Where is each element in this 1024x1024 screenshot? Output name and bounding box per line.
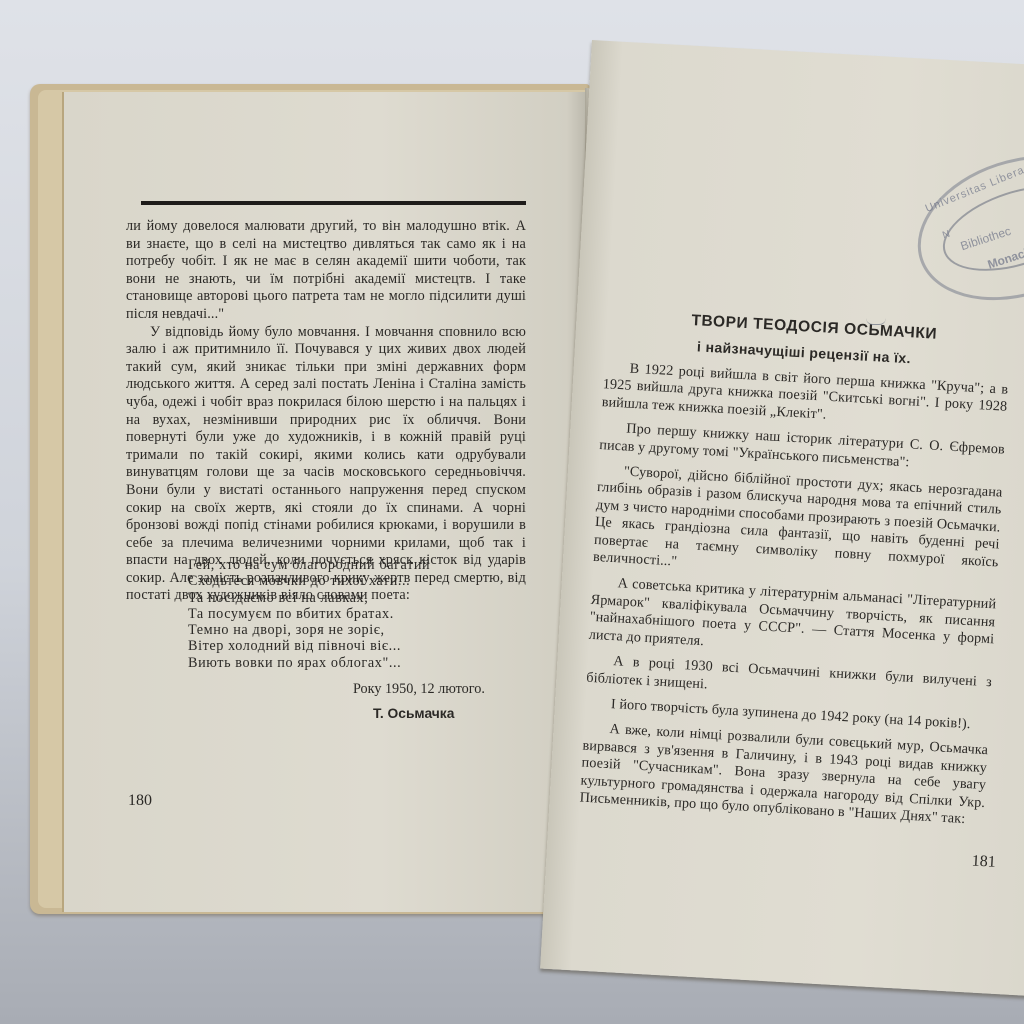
letter-date: Року 1950, 12 лютого. [353,681,485,698]
poem-line: Гей, хто на сум благородний багатий [188,557,430,573]
right-page-text: В 1922 році вийшла в світ його перша кни… [579,359,1009,837]
poem-line: Сходьтеся мовчки до тихої хати... [188,573,430,589]
page-number-right: 181 [971,852,996,871]
section-title: ТВОРИ ТЕОДОСІЯ ОСЬМАЧКИ [691,312,938,344]
top-rule [141,201,526,205]
poem-line: Та посідаємо всі на лавках, [188,590,430,606]
poem-line: Виють вовки по ярах облогах"... [188,655,430,671]
left-page-text: ли йому довелося малювати другий, то він… [126,218,526,605]
right-page: ТВОРИ ТЕОДОСІЯ ОСЬМАЧКИ і найзначущіші р… [540,40,1024,998]
poem-block: Гей, хто на сум благородний багатий Сход… [188,557,430,671]
left-paragraph-1: ли йому довелося малювати другий, то він… [126,218,526,324]
section-subtitle: і найзначущіші рецензії на їх. [697,338,912,366]
page-number-left: 180 [128,792,152,810]
right-paragraph: А советська критика у літературнім альма… [588,574,996,666]
poem-line: Темно на дворі, зоря не зоріє, [188,622,430,638]
efremov-quote: "Суворої, дійсно біблійної простоти дух;… [593,462,1003,589]
author-signature: Т. Осьмачка [373,706,454,721]
right-paragraph: А вже, коли німці розвалили були совєцьк… [579,720,988,830]
poem-line: Вітер холодний від півночі віє... [188,638,430,654]
poem-line: Та посумуєм по вбитих братах. [188,606,430,622]
